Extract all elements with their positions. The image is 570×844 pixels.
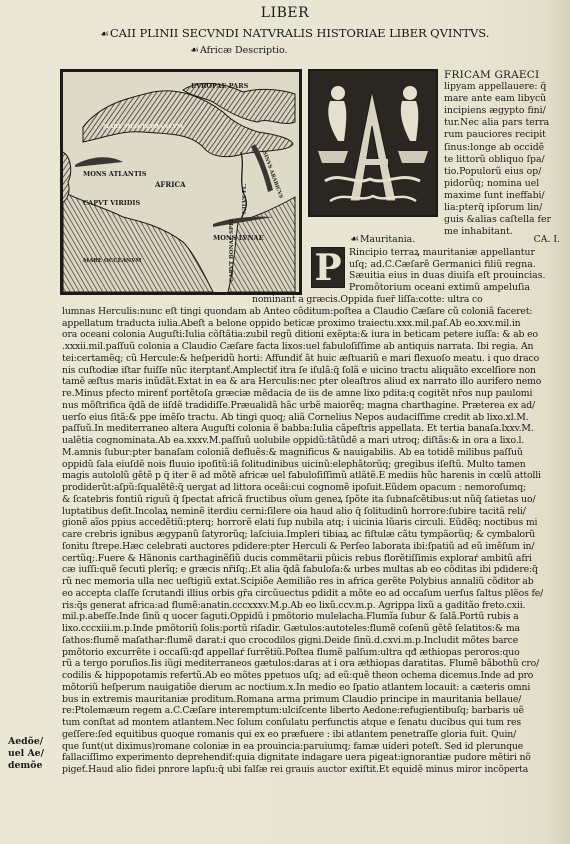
book-page: LIBER ☙CAII PLINII SECVNDI NATVRALIS HIS… — [0, 0, 570, 844]
text-line: geſſere:ſed equitibus quoque romanis qui… — [62, 729, 566, 741]
chapter-heading: ☙Mauritania. CA. I. — [350, 234, 560, 245]
decorated-initial-p: P — [311, 247, 345, 288]
text-line: care crebris ignibus ægypanũ ſatyrorũq; … — [62, 529, 566, 541]
text-line: luptatibus deſit.Incolaꝝ neminẽ iterdiu … — [62, 506, 566, 518]
body-text: nominant a græcis.Oppida fuer̃ liſſa:cot… — [62, 294, 566, 776]
text-line: magis autololũ gẽtẽ p q̃ iter ẽ ad mõtẽ … — [62, 470, 566, 482]
text-line: certũq;.Fuere & Hãnonis carthaginẽſiũ du… — [62, 553, 566, 565]
map-label-mediterranean: MARE MEDITERRANEVM — [103, 124, 183, 130]
text-line: fallaciſſimo experimento deprehendiť:qui… — [62, 752, 566, 764]
text-line: tamẽ æſtus maris inũdãt.Extat in ea & ar… — [62, 376, 566, 388]
text-line: lumnas Herculis:nunc eſt tingi quondam a… — [62, 306, 566, 318]
text-line: FRICAM GRAECI — [444, 69, 564, 81]
text-line: ualẽtia cognominata.Ab ea.xxxv.M.paſſuũ … — [62, 435, 566, 447]
text-line: nus mõſtrifica q̃dã de iiſdẽ tradidiſſe.… — [62, 400, 566, 412]
text-line: tur.Nec alia pars terra — [444, 117, 564, 129]
pilcrow-icon: ☙ — [190, 45, 199, 56]
text-line: appellatum traducta iulia.Abeſt a belone… — [62, 318, 566, 330]
text-line: Promõtorium oceani extimũ ampeluſia — [349, 282, 564, 294]
chapter-opening-lines: Rincipio terraꝝ mauritaniæ appellantur u… — [349, 247, 564, 294]
book-title-text: CAII PLINII SECVNDI NATVRALIS HISTORIAE … — [110, 26, 489, 40]
text-line: uerſo eius ſitã:& ppe imẽſo tractu. Ab t… — [62, 412, 566, 424]
pilcrow-icon: ☙ — [350, 234, 359, 245]
text-line: codilis & hippopotamis refertũ.Ab eo mõt… — [62, 670, 566, 682]
text-line: Sæuitia eius in duas diuiſa eſt prouinci… — [349, 270, 564, 282]
text-line: Rincipio terraꝝ mauritaniæ appellantur — [349, 247, 564, 259]
text-line: ſathos:flumẽ maſathar:flumẽ darat:i quo … — [62, 635, 566, 647]
map-illustration-icon: EVROPAE PARS MARE MEDITERRANEVM MONS ATL… — [63, 72, 299, 292]
decorated-initial-a: A — [308, 69, 438, 217]
text-line: ſonitu ſtrepe.Hæc celebrati auctores pdi… — [62, 541, 566, 553]
africa-woodcut-map: EVROPAE PARS MARE MEDITERRANEVM MONS ATL… — [60, 69, 302, 295]
map-label-africa: AFRICA — [154, 180, 186, 189]
opening-text-column: FRICAM GRAECI lipyam appellauere: q̃ mar… — [444, 69, 564, 238]
text-line: oppidũ ſala eiuſdẽ nois fluuio ipoſitũ:i… — [62, 459, 566, 471]
text-line: tei:certamẽq; cũ Hercule:& heſperidũ hor… — [62, 353, 566, 365]
text-line: maxime ſunt ineffabi/ — [444, 190, 564, 202]
text-line: re.Minus pfecto mirenť portẽtoſa græciæ … — [62, 388, 566, 400]
text-line: tio.Populorũ eius op/ — [444, 166, 564, 178]
chapter-number: CA. I. — [534, 234, 560, 245]
map-label-oceanus: MARE OCCEANVM — [83, 258, 141, 264]
text-line: eo accepta claſſe ſcrutandi illius orbis… — [62, 588, 566, 600]
text-line: gionẽ aĩos ppius accedẽtiũ:pterq; horror… — [62, 517, 566, 529]
text-line: pigeť.Haud alio fidei pnrore lapſu:q̃ ub… — [62, 764, 566, 776]
margin-note-line: uel Ae/ — [8, 748, 48, 760]
text-line: tum conſtat ad montem atlantem.Nec ſolum… — [62, 717, 566, 729]
margin-note-line: demõe — [8, 760, 48, 772]
map-label-mons-lunae: MONS LVNAE — [213, 234, 264, 242]
text-line: rum pauciores recipit — [444, 129, 564, 141]
text-line: paſſuũ.In mediterraneo altera Auguſti co… — [62, 423, 566, 435]
text-line: que ſunt(ut diximus)romane coloniæ in ea… — [62, 741, 566, 753]
text-line: ris:q̃s generat africa:ad flumẽ:anatin.c… — [62, 600, 566, 612]
book-title: ☙CAII PLINII SECVNDI NATVRALIS HISTORIAE… — [100, 26, 560, 40]
text-line: ſinus:longe ab occidẽ — [444, 142, 564, 154]
text-line: incipiens ægypto fini/ — [444, 105, 564, 117]
map-label-caput-bonae-spei: CAPVT BONAE SPEI — [229, 219, 235, 282]
map-label-europe: EVROPAE PARS — [191, 82, 249, 90]
ornamental-initial-icon: A — [310, 71, 436, 215]
pilcrow-icon: ☙ — [100, 29, 109, 40]
margin-note-line: Aedõe/ — [8, 736, 48, 748]
section-title-text: Africæ Descriptio. — [200, 45, 288, 56]
map-label-nilus: NILVS FL. — [242, 183, 248, 214]
text-line: rũ a tergo poruſios.Iis iũgi mediterrane… — [62, 658, 566, 670]
text-line: cæ iuſſi:quẽ ſecuti plerĩq; e græcis nr̃… — [62, 564, 566, 576]
text-line: lixo.cccxiii.m.p.Inde pmõtoriũ ſolis:por… — [62, 623, 566, 635]
text-line: mil.p.abeſſe.Inde ſinũ q uocer ſaguti.Op… — [62, 611, 566, 623]
text-line: pmõtorio excurrẽte i occaſũ:qđ appellaŕ … — [62, 647, 566, 659]
text-line: bus in extremis mauritaniæ proditum.Roma… — [62, 694, 566, 706]
text-line: & ſcatebris fontiũ riguũ q̃ ſpectat afri… — [62, 494, 566, 506]
text-line: uſq; ad.C.Cæſarẽ Germanici filiũ regna. — [349, 259, 564, 271]
text-line: re:Ptolemæum regem a.C.Cæſare interemptu… — [62, 705, 566, 717]
text-line: lipyam appellauere: q̃ — [444, 81, 564, 93]
text-line: prodiderũt:aſpũ:ſqualẽtẽ:q̃ uergat ad li… — [62, 482, 566, 494]
text-line: M.amnis ſubur:pter banaſam coloniã deflu… — [62, 447, 566, 459]
text-line: ora oceani colonia Auguſti:Iulia cõſtãti… — [62, 329, 566, 341]
running-head: LIBER — [0, 5, 570, 21]
text-line: guis &alias caſtella fer — [444, 214, 564, 226]
map-label-mons-atlantis: MONS ATLANTIS — [83, 170, 147, 178]
text-line: mare ante eam libycũ — [444, 93, 564, 105]
map-label-caput-viridis: CAPVT VIRIDIS — [83, 199, 140, 207]
margin-note: Aedõe/ uel Ae/ demõe — [8, 736, 48, 772]
chapter-title: ☙Mauritania. — [350, 234, 415, 245]
text-line: te littorũ obliquo ſpa/ — [444, 154, 564, 166]
text-line: nis cuſtodiæ iſtar fuiſſe nũc iterptanť.… — [62, 365, 566, 377]
section-title: ☙Africæ Descriptio. — [190, 45, 288, 56]
text-line: pidorũq; nomina uel — [444, 178, 564, 190]
text-line: .xxxii.mil.paſſuũ colonia a Claudio Cæſa… — [62, 341, 566, 353]
text-line: nominant a græcis.Oppida fuer̃ liſſa:cot… — [62, 294, 566, 306]
text-line: mõtoriũ heſperum nauigatiõe dierum ac no… — [62, 682, 566, 694]
text-line: lia:pterq̃ ipſorum lin/ — [444, 202, 564, 214]
text-line: rũ nec memoria ulla nec ueſtigiũ extat.S… — [62, 576, 566, 588]
